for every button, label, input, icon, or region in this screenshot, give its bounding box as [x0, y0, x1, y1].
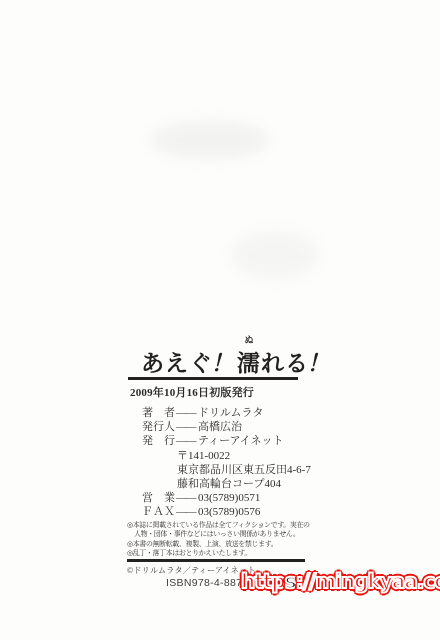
edition-date: 2009年10月16日初版発行: [130, 384, 254, 400]
copyright-line: ©ドリルムラタ／ティーアイネット: [127, 565, 256, 576]
credit-dash: ——: [176, 492, 195, 504]
publisher-address: 〒141-0022 東京都品川区東五反田4-6-7 藤和高輪台コープ404: [142, 449, 311, 492]
disclaimer-line: ◎乱丁・落丁本はおとりかえいたします。: [127, 549, 310, 558]
title-underline: [128, 377, 298, 380]
colophon-page: あえぐ！ぬ濡れる！ 2009年10月16日初版発行 著 者——ドリルムラタ 発行…: [0, 0, 440, 640]
credit-row-publisher: 発 行——ティーアイネット: [142, 434, 311, 448]
address-line-2: 藤和高輪台コープ404: [177, 477, 311, 491]
furigana-text: ぬ: [244, 336, 253, 345]
credit-value: 高橋広治: [198, 421, 242, 433]
watermark-url-part: ://mingkyaa.com: [296, 569, 440, 593]
disclaimer-block: ◎本誌に掲載されている作品は全てフィクションです。実在の 人物・団体・事件などに…: [127, 521, 310, 558]
disclaimer-line: ◎本書の無断転載、複製、上演、放送を禁じます。: [127, 540, 310, 549]
credit-label: 発行人: [142, 420, 175, 434]
credit-value: ドリルムラタ: [198, 407, 263, 419]
credit-value: 03(5789)0571: [198, 492, 260, 504]
disclaimer-line: ◎本誌に掲載されている作品は全てフィクションです。実在の: [127, 521, 310, 530]
address-line-1: 東京都品川区東五反田4-6-7: [177, 463, 311, 477]
credit-row-author: 著 者——ドリルムラタ: [142, 406, 311, 420]
credit-label: ＦＡＸ: [142, 505, 175, 519]
book-title-exclamation: ！: [305, 345, 337, 378]
credit-dash: ——: [176, 435, 195, 447]
credit-row-issuer: 発行人——高橋広治: [142, 420, 311, 434]
book-title-post: れる: [261, 351, 309, 376]
bottom-divider: [127, 559, 305, 562]
book-title-pre: あえぐ: [141, 351, 213, 376]
credit-value: 03(5789)0576: [198, 506, 260, 518]
book-title: あえぐ！ぬ濡れる！: [141, 345, 333, 378]
postal-code: 〒141-0022: [177, 449, 311, 463]
credits-list: 著 者——ドリルムラタ 発行人——高橋広治 発 行——ティーアイネット 〒141…: [142, 406, 311, 520]
credit-value: ティーアイネット: [198, 435, 283, 447]
credit-label: 発 行: [142, 434, 175, 448]
scan-smudge: [150, 120, 270, 160]
credit-label: 営 業: [142, 491, 175, 505]
credit-label: 著 者: [142, 406, 175, 420]
credit-dash: ——: [176, 506, 195, 518]
watermark-url-s: s: [285, 569, 296, 593]
watermark-url: https://mingkyaa.com: [241, 569, 440, 593]
credit-row-sales-phone: 営 業——03(5789)0571: [142, 491, 311, 505]
credit-row-fax: ＦＡＸ03(5789)0576——03(5789)0576: [142, 505, 311, 519]
scan-smudge: [230, 230, 320, 280]
book-title-kanji: 濡: [237, 351, 261, 376]
credit-dash: ——: [176, 407, 195, 419]
watermark-url-part: http: [241, 569, 285, 593]
disclaimer-line: 人物・団体・事件などにはいっさい関係がありません。: [127, 530, 310, 539]
credit-dash: ——: [176, 421, 195, 433]
book-title-kanji-with-ruby: ぬ濡: [237, 345, 261, 378]
